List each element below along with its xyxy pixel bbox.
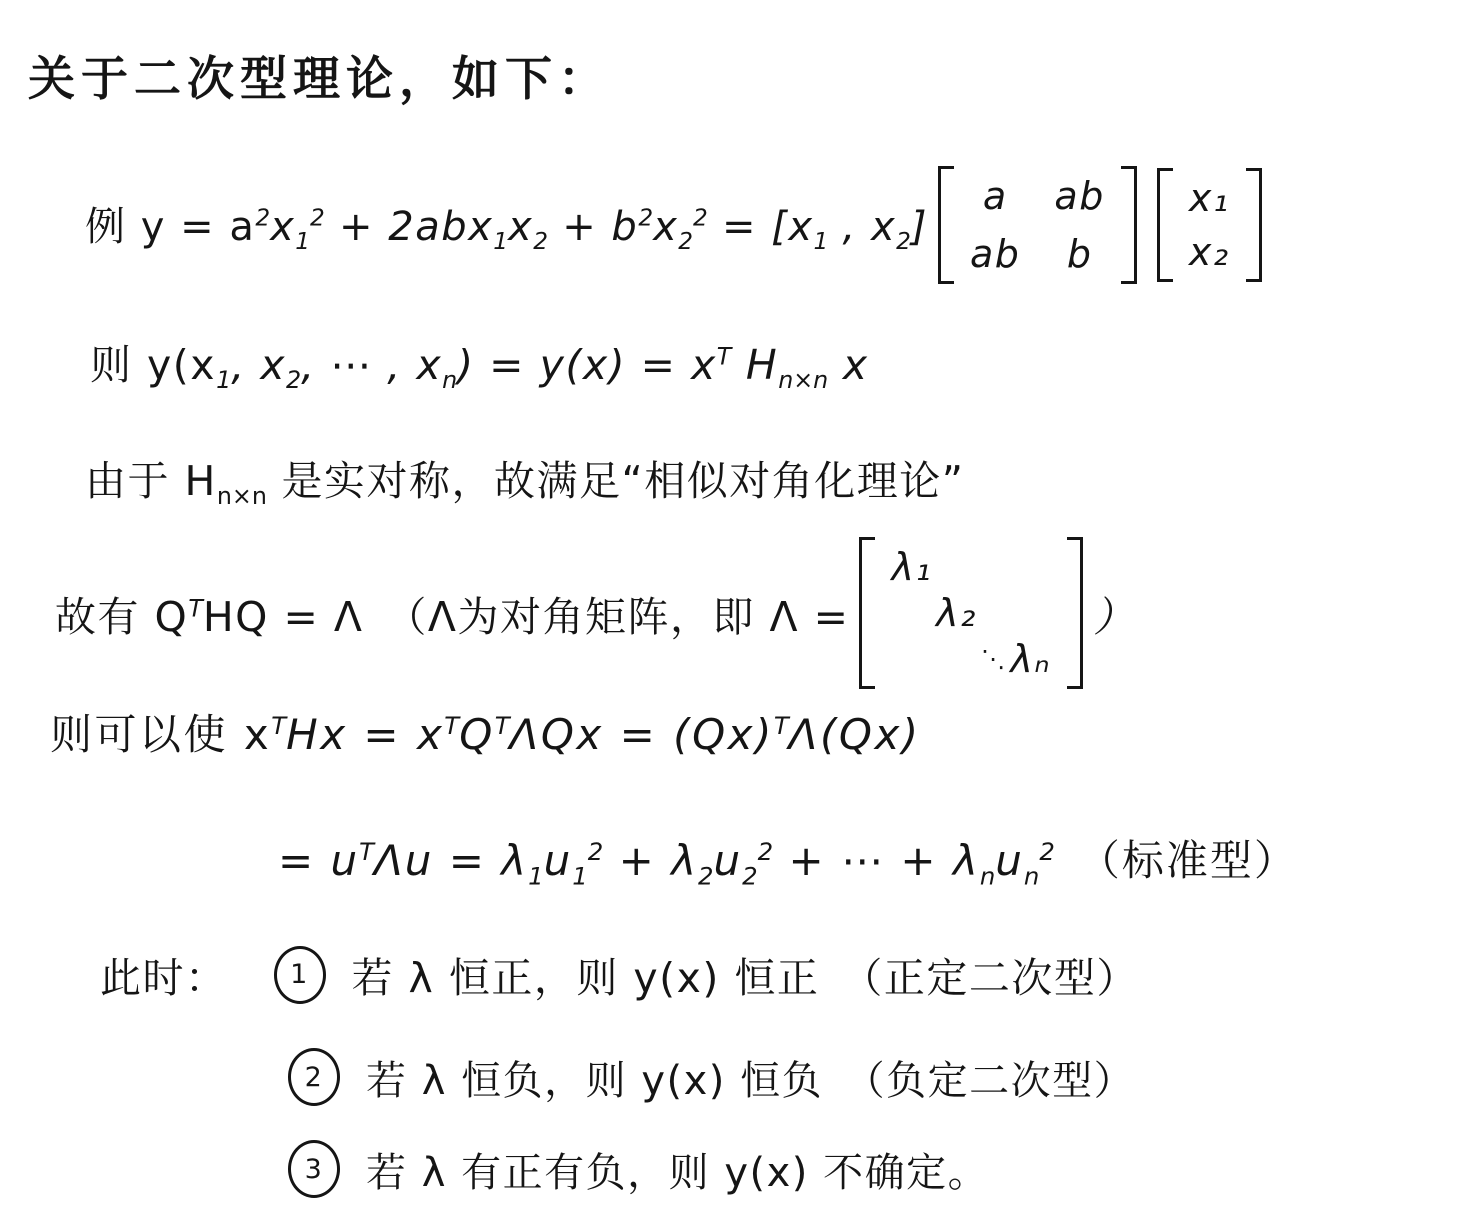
diag-dots: ⋱ [981, 645, 1007, 673]
diag-cell: λ₂ [936, 591, 977, 635]
diag-cell: λ₁ [891, 545, 932, 589]
left-bracket [1157, 168, 1173, 282]
circled-number-3: 3 [288, 1140, 340, 1198]
line-transform: 则可以使 xTHx = xTQTΛQx = (Qx)TΛ(Qx) [50, 702, 921, 762]
line-standard-form: = uTΛu = λ1u12 + λ2u22 + ⋯ + λnun2 （标准型） [278, 828, 1298, 890]
x-column-vector: x₁ x₂ [1157, 168, 1262, 282]
line-symmetry-statement: 由于 Hn×n 是实对称，故满足“相似对角化理论” [85, 448, 964, 510]
right-bracket [1246, 168, 1262, 282]
left-bracket [859, 537, 875, 689]
line-general-form: 则 y(x1, x2, ⋯ , xn) = y(x) = xT Hn×n x [90, 332, 869, 394]
circled-number-2: 2 [288, 1048, 340, 1106]
matrix-cell: ab [1054, 174, 1104, 218]
vector-cell: x₂ [1189, 230, 1230, 274]
lambda-diagonal-matrix: λ₁ λ₂ ⋱ λₙ [859, 537, 1083, 689]
closing-paren: ） [1093, 584, 1136, 643]
note-title: 关于二次型理论，如下： [28, 42, 611, 109]
line-case-negative-definite: 2 若 λ 恒负，则 y(x) 恒负 （负定二次型） [288, 1048, 1135, 1106]
case-text: 若 λ 恒正，则 y(x) 恒正 （正定二次型） [352, 945, 1139, 1004]
matrix-cell: ab [970, 232, 1020, 276]
diag-cell: λₙ [1010, 637, 1051, 681]
handwritten-notes-page: 关于二次型理论，如下： 例 y = a2x12 + 2abx1x2 + b2x2… [0, 0, 1465, 1223]
symmetric-matrix-2x2: a ab ab b [938, 166, 1137, 284]
diagonalization-expression: 故有 QTHQ = Λ （Λ为对角矩阵，即 Λ = [55, 584, 849, 643]
matrix-cell: a [983, 174, 1008, 218]
case-text: 若 λ 有正有负，则 y(x) 不确定。 [366, 1141, 989, 1198]
line-diagonalization: 故有 QTHQ = Λ （Λ为对角矩阵，即 Λ = λ₁ λ₂ ⋱ λₙ ） [55, 548, 1136, 678]
case-text: 若 λ 恒负，则 y(x) 恒负 （负定二次型） [366, 1049, 1135, 1106]
right-bracket [1121, 166, 1137, 284]
left-bracket [938, 166, 954, 284]
circled-number-1: 1 [274, 946, 326, 1004]
right-bracket [1067, 537, 1083, 689]
example-expression: 例 y = a2x12 + 2abx1x2 + b2x22 = [x1 , x2… [85, 195, 928, 255]
conclusion-label: 此时： [100, 945, 228, 1004]
line-case-positive-definite: 此时： 1 若 λ 恒正，则 y(x) 恒正 （正定二次型） [100, 945, 1139, 1004]
line-example-quadratic: 例 y = a2x12 + 2abx1x2 + b2x22 = [x1 , x2… [85, 150, 1272, 300]
line-case-indefinite: 3 若 λ 有正有负，则 y(x) 不确定。 [288, 1140, 989, 1198]
vector-cell: x₁ [1189, 176, 1230, 220]
matrix-cell: b [1067, 232, 1093, 276]
